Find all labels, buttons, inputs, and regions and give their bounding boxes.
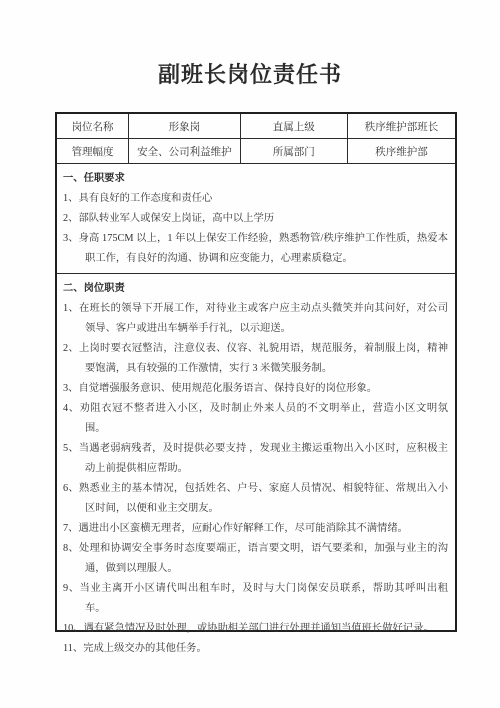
duty-item: 10、遇有紧急情况及时处理，或协助相关部门进行处理并通知当值班长做好记录。 (63, 619, 448, 639)
info-value-direct-superior: 秩序维护部班长 (348, 114, 455, 139)
info-value-department: 秩序维护部 (348, 139, 455, 164)
document-title: 副班长岗位责任书 (0, 0, 500, 89)
section-qualifications-heading: 一、任职要求 (63, 169, 448, 189)
duty-item: 11、完成上级交办的其他任务。 (63, 639, 448, 659)
info-label-department: 所属部门 (240, 139, 347, 164)
duty-item: 9、当业主离开小区请代叫出租车时，及时与大门岗保安员联系，帮助其呼叫出租车。 (63, 579, 448, 619)
responsibility-table: 岗位名称 形象岗 直属上级 秩序维护部班长 管理幅度 安全、公司利益维护 所属部… (55, 112, 457, 632)
duty-item: 2、上岗时要衣冠整洁，注意仪表、仪容、礼貌用语，规范服务，着制服上岗，精神要饱满… (63, 339, 448, 379)
info-label-management-scope: 管理幅度 (57, 139, 129, 164)
duty-item: 5、当遇老弱病残者，及时提供必要支持 ，发现业主搬运重物出入小区时，应积极主动上… (63, 439, 448, 479)
info-value-management-scope: 安全、公司利益维护 (129, 139, 240, 164)
info-label-position-name: 岗位名称 (57, 114, 129, 139)
info-label-direct-superior: 直属上级 (240, 114, 347, 139)
info-grid: 岗位名称 形象岗 直属上级 秩序维护部班长 管理幅度 安全、公司利益维护 所属部… (57, 114, 455, 164)
qualification-item: 2、部队转业军人或保安上岗证，高中以上学历 (63, 209, 448, 229)
qualification-item: 1、具有良好的工作态度和责任心 (63, 189, 448, 209)
duty-item: 4、劝阻衣冠不整者进入小区，及时制止外来人员的不文明举止，营造小区文明氛围。 (63, 399, 448, 439)
info-row-2: 管理幅度 安全、公司利益维护 所属部门 秩序维护部 (57, 139, 455, 164)
duty-item: 1、在班长的领导下开展工作，对待业主或客户应主动点头微笑并向其问好，对公司领导、… (63, 299, 448, 339)
qualification-item: 3、身高 175CM 以上，1 年以上保安工作经验，熟悉物管/秩序维护工作性质，… (63, 229, 448, 269)
duty-item: 8、处理和协调安全事务时态度要端正，语言要文明，语气要柔和，加强与业主的沟通，做… (63, 539, 448, 579)
info-row-1: 岗位名称 形象岗 直属上级 秩序维护部班长 (57, 114, 455, 139)
duty-item: 6、熟悉业主的基本情况，包括姓名、户号、家庭人员情况、相貌特征、常规出入小区时间… (63, 479, 448, 519)
duty-item: 7、遇进出小区蛮横无理者，应耐心作好解释工作，尽可能消除其不满情绪。 (63, 519, 448, 539)
duty-item: 3、自觉增强服务意识、使用规范化服务语言、保持良好的岗位形象。 (63, 379, 448, 399)
section-duties-heading: 二、岗位职责 (63, 279, 448, 299)
info-value-position-name: 形象岗 (129, 114, 240, 139)
section-qualifications: 一、任职要求 1、具有良好的工作态度和责任心 2、部队转业军人或保安上岗证，高中… (57, 164, 455, 273)
document-page: 副班长岗位责任书 岗位名称 形象岗 直属上级 秩序维护部班长 管理幅度 安全、公… (0, 0, 500, 708)
section-duties: 二、岗位职责 1、在班长的领导下开展工作，对待业主或客户应主动点头微笑并向其问好… (57, 273, 455, 630)
